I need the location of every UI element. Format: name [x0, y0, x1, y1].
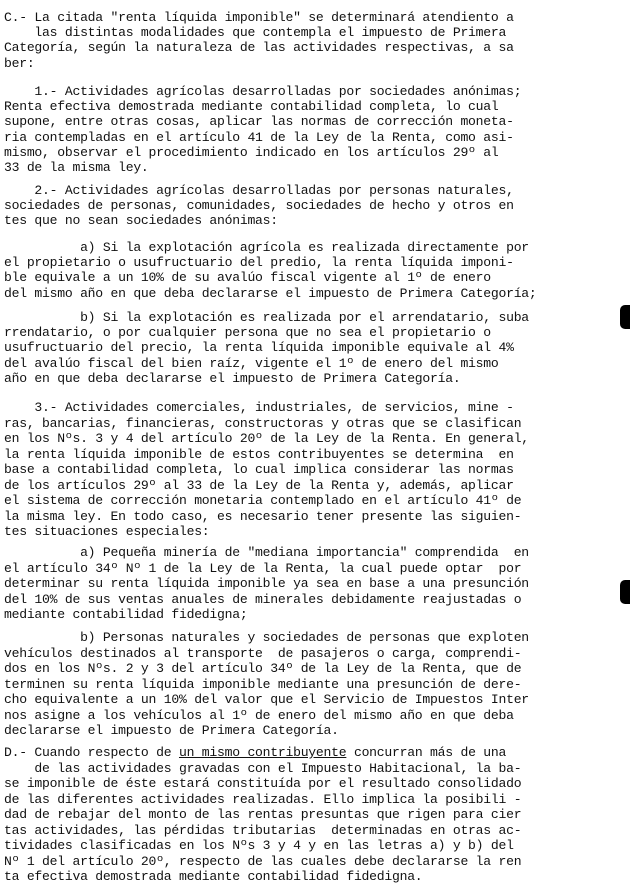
text-line: 3.- Actividades comerciales, industriale…: [4, 400, 514, 415]
text-line: de los artículos 29º al 33 de la Ley de …: [4, 478, 514, 493]
text-line: declararse el impuesto de Primera Catego…: [4, 723, 339, 738]
text-line: año en que deba declararse el impuesto d…: [4, 371, 460, 386]
text-line: 33 de la misma ley.: [4, 160, 149, 175]
text-line: rrendatario, o por cualquier persona que…: [4, 325, 491, 340]
text-line: del 10% de sus ventas anuales de mineral…: [4, 592, 521, 607]
text-line: supone, entre otras cosas, aplicar las n…: [4, 114, 514, 129]
text-line: el sistema de corrección monetaria conte…: [4, 493, 521, 508]
text-line: Renta efectiva demostrada mediante conta…: [4, 99, 499, 114]
scanned-document-page: C.- La citada "renta líquida imponible" …: [0, 0, 630, 890]
text-line: a) Si la explotación agrícola es realiza…: [4, 240, 529, 255]
text-line: la misma ley. En todo caso, es necesario…: [4, 509, 521, 524]
text-line: en los Nºs. 3 y 4 del artículo 20º de la…: [4, 431, 529, 446]
text-line: b) Si la explotación es realizada por el…: [4, 310, 529, 325]
binding-hole-mark: [620, 305, 630, 329]
text-line: cho equivalente a un 10% del valor que e…: [4, 692, 529, 707]
text-line: el propietario o usufructuario del predi…: [4, 255, 514, 270]
text-line: la renta líquida imponible de estos cont…: [4, 447, 514, 462]
text-line: 2.- Actividades agrícolas desarrolladas …: [4, 183, 514, 198]
binding-hole-mark: [620, 580, 630, 604]
text-line: ble equivale a un 10% de su avalúo fisca…: [4, 270, 491, 285]
text-line: Categoría, según la naturaleza de las ac…: [4, 40, 514, 55]
text-line: terminen su renta líquida imponible medi…: [4, 677, 521, 692]
text-line: se imponible de éste estará constituída …: [4, 776, 521, 791]
text-line: del avalúo fiscal del bien raíz, vigente…: [4, 356, 499, 371]
text-line: D.- Cuando respecto de un mismo contribu…: [4, 745, 506, 760]
text-line: tividades clasificadas en los Nºs 3 y 4 …: [4, 838, 514, 853]
text-line: a) Pequeña minería de "mediana importanc…: [4, 545, 529, 560]
text-line: mediante contabilidad fidedigna;: [4, 607, 247, 622]
text-line: de las diferentes actividades realizadas…: [4, 792, 521, 807]
text-line: de las actividades gravadas con el Impue…: [4, 761, 521, 776]
text-line: ria contempladas en el artículo 41 de la…: [4, 130, 514, 145]
text-line: el artículo 34º Nº 1 de la Ley de la Ren…: [4, 561, 521, 576]
text-line: ras, bancarias, financieras, constructor…: [4, 416, 521, 431]
text-line: vehículos destinados al transporte de pa…: [4, 646, 521, 661]
text-line: dad de rebajar del monto de las rentas p…: [4, 807, 521, 822]
text-line: base a contabilidad completa, lo cual im…: [4, 462, 514, 477]
text-line: del mismo año en que deba declararse el …: [4, 286, 537, 301]
text-line: nos asigne a los vehículos al 1º de ener…: [4, 708, 514, 723]
text-line: tes situaciones especiales:: [4, 524, 209, 539]
text-line: determinar su renta líquida imponible ya…: [4, 576, 529, 591]
text-line: tas actividades, las pérdidas tributaria…: [4, 823, 521, 838]
text-line: b) Personas naturales y sociedades de pe…: [4, 630, 529, 645]
text-line: las distintas modalidades que contempla …: [4, 25, 506, 40]
text-line: ta efectiva demostrada mediante contabil…: [4, 869, 422, 884]
text-line: usufructuario del precio, la renta líqui…: [4, 340, 514, 355]
text-line: 1.- Actividades agrícolas desarrolladas …: [4, 84, 521, 99]
text-line: C.- La citada "renta líquida imponible" …: [4, 10, 514, 25]
text-line: mismo, observar el procedimiento indicad…: [4, 145, 499, 160]
text-line: Nº 1 del artículo 20º, respecto de las c…: [4, 854, 521, 869]
text-line: ber:: [4, 56, 34, 71]
text-line: sociedades de personas, comunidades, soc…: [4, 198, 514, 213]
text-line: dos en los Nºs. 2 y 3 del artículo 34º d…: [4, 661, 521, 676]
text-line: tes que no sean sociedades anónimas:: [4, 213, 278, 228]
